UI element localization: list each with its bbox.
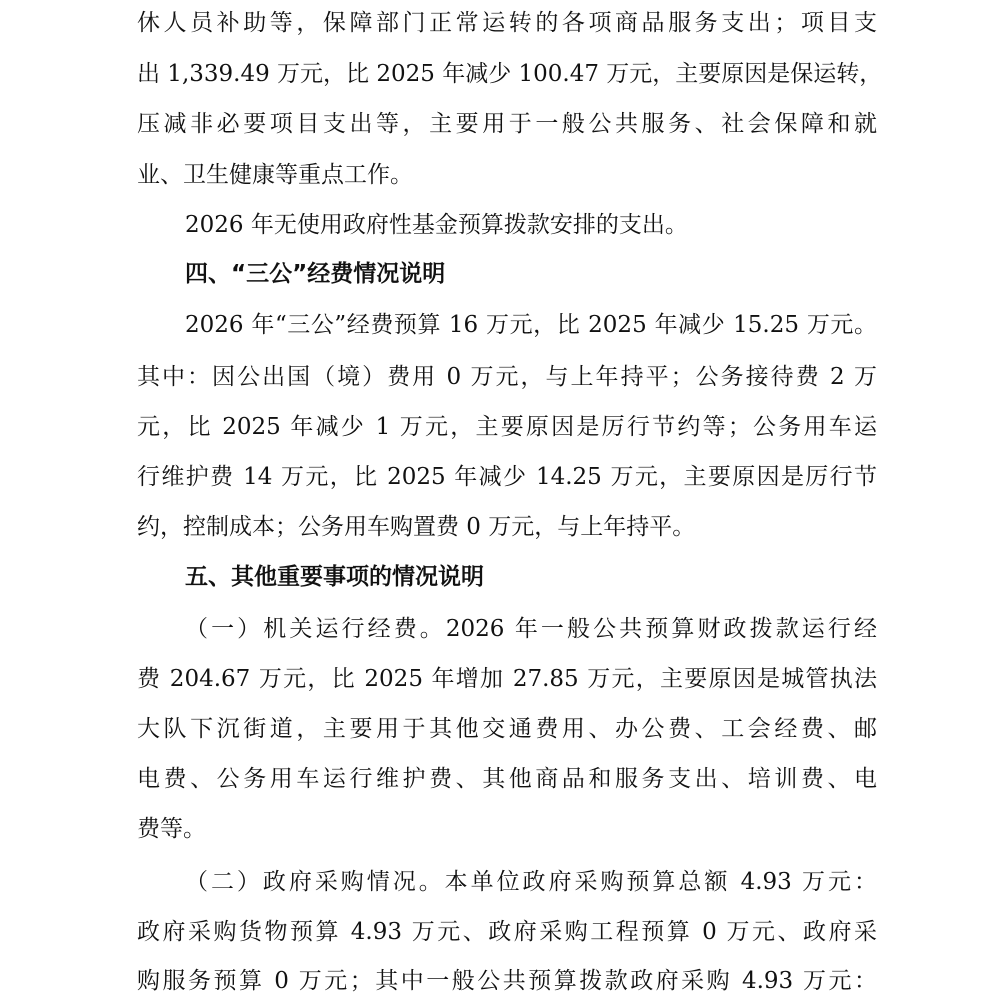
paragraph-line: 约，控制成本；公务用车购置费 0 万元，与上年持平。 <box>137 512 877 542</box>
section-heading-5: 五、其他重要事项的情况说明 <box>185 562 925 592</box>
paragraph-line: 电费、公务用车运行维护费、其他商品和服务支出、培训费、电 <box>137 764 877 794</box>
paragraph-line: （二）政府采购情况。本单位政府采购预算总额 4.93 万元： <box>185 867 877 897</box>
paragraph-line: 费等。 <box>137 814 877 844</box>
paragraph-line: 政府采购货物预算 4.93 万元、政府采购工程预算 0 万元、政府采 <box>137 917 877 947</box>
paragraph-line: （一）机关运行经费。2026 年一般公共预算财政拨款运行经 <box>185 614 877 644</box>
paragraph-line: 元，比 2025 年减少 1 万元，主要原因是厉行节约等；公务用车运 <box>137 412 877 442</box>
document-page: 休人员补助等，保障部门正常运转的各项商品服务支出；项目支 出 1,339.49 … <box>0 0 1000 1003</box>
paragraph-line: 2026 年无使用政府性基金预算拨款安排的支出。 <box>185 210 877 240</box>
paragraph-line: 费 204.67 万元，比 2025 年增加 27.85 万元，主要原因是城管执… <box>137 664 877 694</box>
paragraph-line: 休人员补助等，保障部门正常运转的各项商品服务支出；项目支 <box>137 8 877 38</box>
paragraph-line: 业、卫生健康等重点工作。 <box>137 160 877 190</box>
paragraph-line: 行维护费 14 万元，比 2025 年减少 14.25 万元，主要原因是厉行节 <box>137 462 877 492</box>
paragraph-line: 购服务预算 0 万元；其中一般公共预算拨款政府采购 4.93 万元： <box>137 966 877 996</box>
section-heading-4: 四、“三公”经费情况说明 <box>185 259 925 289</box>
paragraph-line: 大队下沉街道，主要用于其他交通费用、办公费、工会经费、邮 <box>137 714 877 744</box>
paragraph-line: 其中：因公出国（境）费用 0 万元，与上年持平；公务接待费 2 万 <box>137 362 877 392</box>
paragraph-line: 压减非必要项目支出等，主要用于一般公共服务、社会保障和就 <box>137 109 877 139</box>
paragraph-line: 出 1,339.49 万元，比 2025 年减少 100.47 万元，主要原因是… <box>137 59 877 89</box>
paragraph-line: 2026 年“三公”经费预算 16 万元，比 2025 年减少 15.25 万元… <box>185 310 877 340</box>
